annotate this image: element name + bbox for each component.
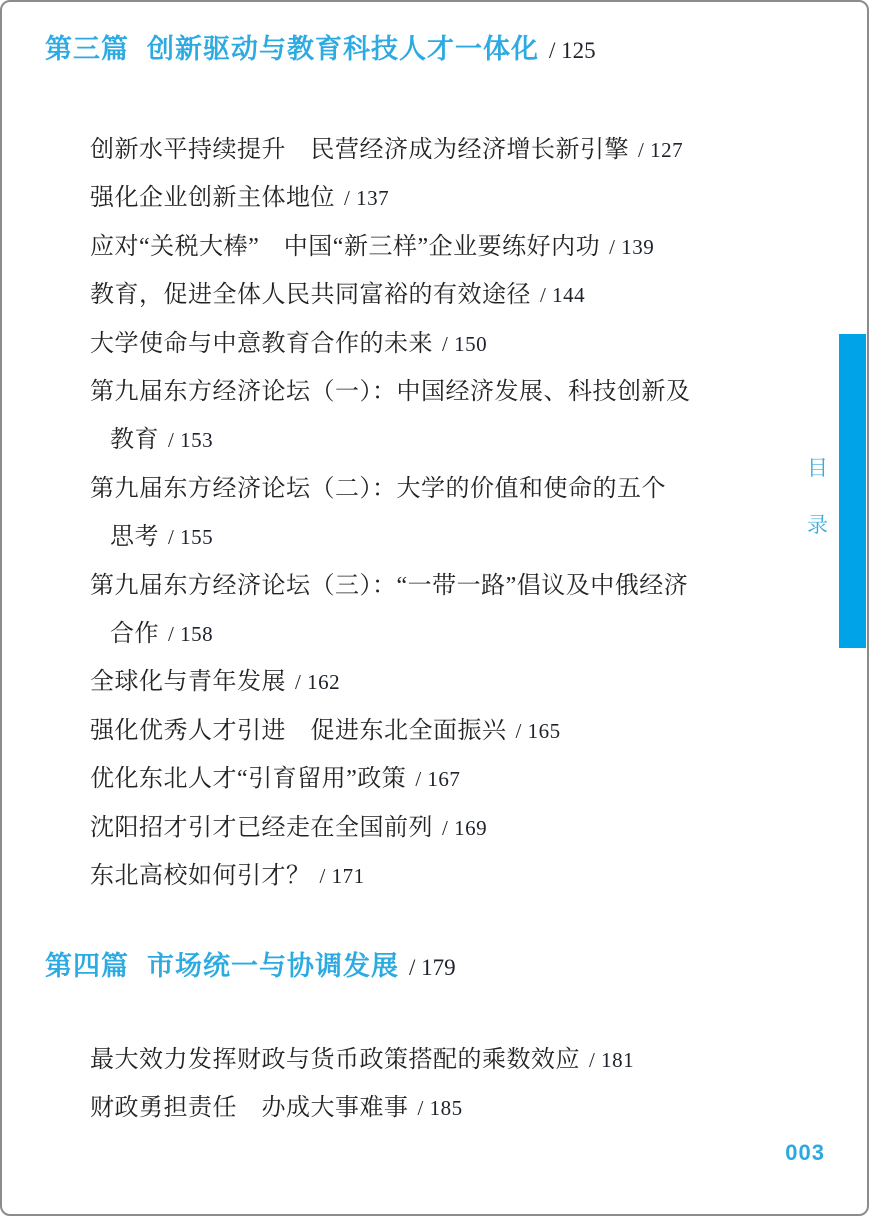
- toc-entry-text: 最大效力发挥财政与货币政策搭配的乘数效应: [90, 1047, 580, 1073]
- toc-entry-page: / 181: [589, 1048, 634, 1072]
- toc-entry-page: / 169: [442, 816, 487, 840]
- toc-entry-page: / 155: [168, 525, 213, 549]
- toc-entry-page: / 144: [540, 283, 585, 307]
- toc-entry-text: 全球化与青年发展: [90, 669, 286, 695]
- toc-section-3: 第三篇创新驱动与教育科技人才一体化/ 125 创新水平持续提升 民营经济成为经济…: [45, 28, 807, 901]
- toc-entry-text: 优化东北人才“引育留用”政策: [90, 766, 406, 792]
- toc-entry-page: / 158: [168, 622, 213, 646]
- toc-entry-page: / 127: [638, 138, 683, 162]
- toc-entry-text: 第九届东方经济论坛（二）：大学的价值和使命的五个: [90, 476, 666, 502]
- chapter-tab-char-1: 目: [807, 452, 828, 482]
- part-3-page-number: / 125: [549, 38, 596, 63]
- toc-entry-line: 应对“关税大棒” 中国“新三样”企业要练好内功/ 139: [90, 223, 807, 271]
- toc-page: 第三篇创新驱动与教育科技人才一体化/ 125 创新水平持续提升 民营经济成为经济…: [0, 0, 869, 1216]
- toc-entry-line: 强化优秀人才引进 促进东北全面振兴/ 165: [90, 707, 807, 755]
- toc-entry-text: 思考: [110, 524, 159, 550]
- toc-entry-line: 优化东北人才“引育留用”政策/ 167: [90, 755, 807, 803]
- toc-entry-text: 教育: [110, 427, 159, 453]
- toc-entry-line: 第九届东方经济论坛（一）：中国经济发展、科技创新及: [90, 368, 807, 416]
- toc-entry-line: 第九届东方经济论坛（二）：大学的价值和使命的五个: [90, 465, 807, 513]
- chapter-tab-char-2: 录: [807, 509, 828, 539]
- toc-content: 第三篇创新驱动与教育科技人才一体化/ 125 创新水平持续提升 民营经济成为经济…: [2, 2, 867, 1132]
- toc-entry-page: / 153: [168, 428, 213, 452]
- toc-entry-text: 合作: [110, 621, 159, 647]
- toc-entry-line: 财政勇担责任 办成大事难事/ 185: [90, 1084, 807, 1132]
- chapter-tab-bar: [839, 334, 866, 648]
- part-4-page-number: / 179: [409, 955, 456, 980]
- part-4-heading: 第四篇市场统一与协调发展/ 179: [45, 945, 807, 989]
- toc-entry-line: 大学使命与中意教育合作的未来/ 150: [90, 320, 807, 368]
- part-4-entries: 最大效力发挥财政与货币政策搭配的乘数效应/ 181 财政勇担责任 办成大事难事/…: [90, 1036, 807, 1133]
- part-4-title: 市场统一与协调发展: [147, 951, 399, 981]
- part-4-label: 第四篇: [45, 951, 129, 981]
- toc-entry-line: 教育，促进全体人民共同富裕的有效途径/ 144: [90, 271, 807, 319]
- page-number: 003: [785, 1140, 825, 1166]
- toc-entry-page: / 185: [418, 1096, 463, 1120]
- toc-entry-text: 沈阳招才引才已经走在全国前列: [90, 815, 433, 841]
- toc-entry-page: / 137: [344, 186, 389, 210]
- toc-entry-line: 全球化与青年发展/ 162: [90, 658, 807, 706]
- toc-entry-text: 第九届东方经济论坛（三）：“一带一路”倡议及中俄经济: [90, 573, 688, 599]
- toc-entry-page: / 162: [295, 670, 340, 694]
- toc-entry-page: / 171: [320, 864, 365, 888]
- toc-entry-text: 第九届东方经济论坛（一）：中国经济发展、科技创新及: [90, 379, 691, 405]
- toc-entry-line: 东北高校如何引才？/ 171: [90, 852, 807, 900]
- toc-entry-text: 强化企业创新主体地位: [90, 185, 335, 211]
- part-3-title: 创新驱动与教育科技人才一体化: [147, 34, 539, 64]
- toc-entry-text: 东北高校如何引才？: [90, 863, 311, 889]
- toc-entry-page: / 139: [609, 235, 654, 259]
- toc-entry-text: 大学使命与中意教育合作的未来: [90, 331, 433, 357]
- toc-entry-line: 第九届东方经济论坛（三）：“一带一路”倡议及中俄经济: [90, 562, 807, 610]
- part-3-label: 第三篇: [45, 34, 129, 64]
- part-3-entries: 创新水平持续提升 民营经济成为经济增长新引擎/ 127 强化企业创新主体地位/ …: [90, 126, 807, 901]
- toc-entry-text: 创新水平持续提升 民营经济成为经济增长新引擎: [90, 137, 629, 163]
- chapter-tab-label: 目 录: [807, 452, 828, 539]
- toc-entry-line: 沈阳招才引才已经走在全国前列/ 169: [90, 804, 807, 852]
- toc-entry-text: 教育，促进全体人民共同富裕的有效途径: [90, 282, 531, 308]
- toc-entry-line: 创新水平持续提升 民营经济成为经济增长新引擎/ 127: [90, 126, 807, 174]
- toc-entry-line: 强化企业创新主体地位/ 137: [90, 174, 807, 222]
- toc-entry-line-continuation: 教育/ 153: [90, 416, 807, 464]
- toc-entry-page: / 165: [516, 719, 561, 743]
- toc-entry-line-continuation: 合作/ 158: [90, 610, 807, 658]
- toc-entry-line: 最大效力发挥财政与货币政策搭配的乘数效应/ 181: [90, 1036, 807, 1084]
- toc-entry-text: 强化优秀人才引进 促进东北全面振兴: [90, 718, 507, 744]
- toc-entry-line-continuation: 思考/ 155: [90, 513, 807, 561]
- toc-entry-page: / 167: [415, 767, 460, 791]
- toc-entry-page: / 150: [442, 332, 487, 356]
- toc-section-4: 第四篇市场统一与协调发展/ 179 最大效力发挥财政与货币政策搭配的乘数效应/ …: [45, 945, 807, 1133]
- part-3-heading: 第三篇创新驱动与教育科技人才一体化/ 125: [45, 28, 807, 72]
- toc-entry-text: 应对“关税大棒” 中国“新三样”企业要练好内功: [90, 234, 600, 260]
- toc-entry-text: 财政勇担责任 办成大事难事: [90, 1095, 409, 1121]
